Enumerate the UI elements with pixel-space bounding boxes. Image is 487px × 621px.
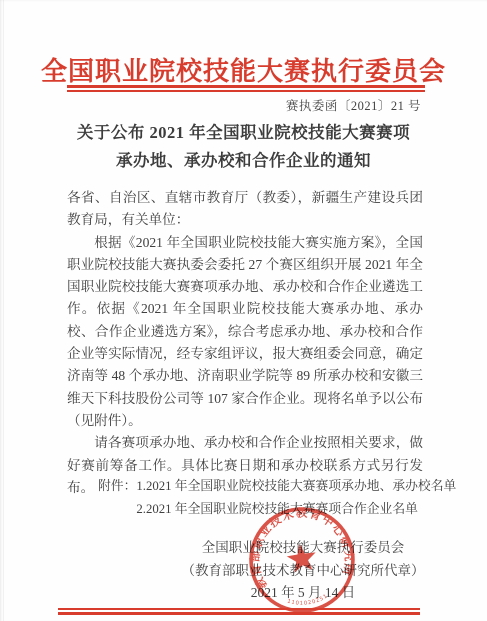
signature-org-name: 全国职业院校技能大赛执行委员会 bbox=[148, 537, 458, 560]
document-title: 关于公布 2021 年全国职业院校技能大赛赛项 承办地、承办校和合作企业的通知 bbox=[0, 119, 487, 174]
paragraph-1: 根据《2021 年全国职业院校技能大赛实施方案》，全国职业院校技能大赛执委会委托… bbox=[67, 232, 423, 433]
signature-date: 2021 年 5 月 14 日 bbox=[148, 582, 458, 605]
letterhead-org-title: 全国职业院校技能大赛执行委员会 bbox=[0, 51, 487, 88]
document-body: 各省、自治区、直辖市教育厅（教委），新疆生产建设兵团教育局，有关单位： 根据《2… bbox=[67, 187, 423, 499]
attachments-list: 1.2021 年全国职业院校技能大赛赛项承办地、承办校名单 2.2021 年全国… bbox=[136, 475, 456, 521]
scan-edge-line bbox=[3, 0, 4, 621]
attachments-label: 附件： bbox=[98, 475, 136, 498]
document-title-line-2: 承办地、承办校和合作企业的通知 bbox=[0, 147, 487, 175]
footer-double-rule bbox=[58, 608, 420, 615]
signature-block: 全国职业院校技能大赛执行委员会 （教育部职业技术教育中心研究所代章） 2021 … bbox=[148, 537, 458, 605]
document-reference-number: 赛执委函〔2021〕21 号 bbox=[286, 96, 421, 114]
signature-agent-note: （教育部职业技术教育中心研究所代章） bbox=[148, 560, 458, 583]
document-title-line-1: 关于公布 2021 年全国职业院校技能大赛赛项 bbox=[0, 119, 487, 147]
salutation: 各省、自治区、直辖市教育厅（教委），新疆生产建设兵团教育局，有关单位： bbox=[67, 187, 423, 232]
attachment-item-2: 2.2021 年全国职业院校技能大赛赛项合作企业名单 bbox=[136, 498, 456, 521]
official-document-page: 全国职业院校技能大赛执行委员会 赛执委函〔2021〕21 号 关于公布 2021… bbox=[0, 0, 487, 621]
attachment-item-1: 1.2021 年全国职业院校技能大赛赛项承办地、承办校名单 bbox=[136, 475, 456, 498]
rule-line-bottom bbox=[67, 90, 425, 92]
attachments-block: 附件： 1.2021 年全国职业院校技能大赛赛项承办地、承办校名单 2.2021… bbox=[98, 475, 456, 521]
footer-rule-bottom bbox=[58, 612, 420, 615]
letterhead-double-rule bbox=[67, 85, 425, 92]
